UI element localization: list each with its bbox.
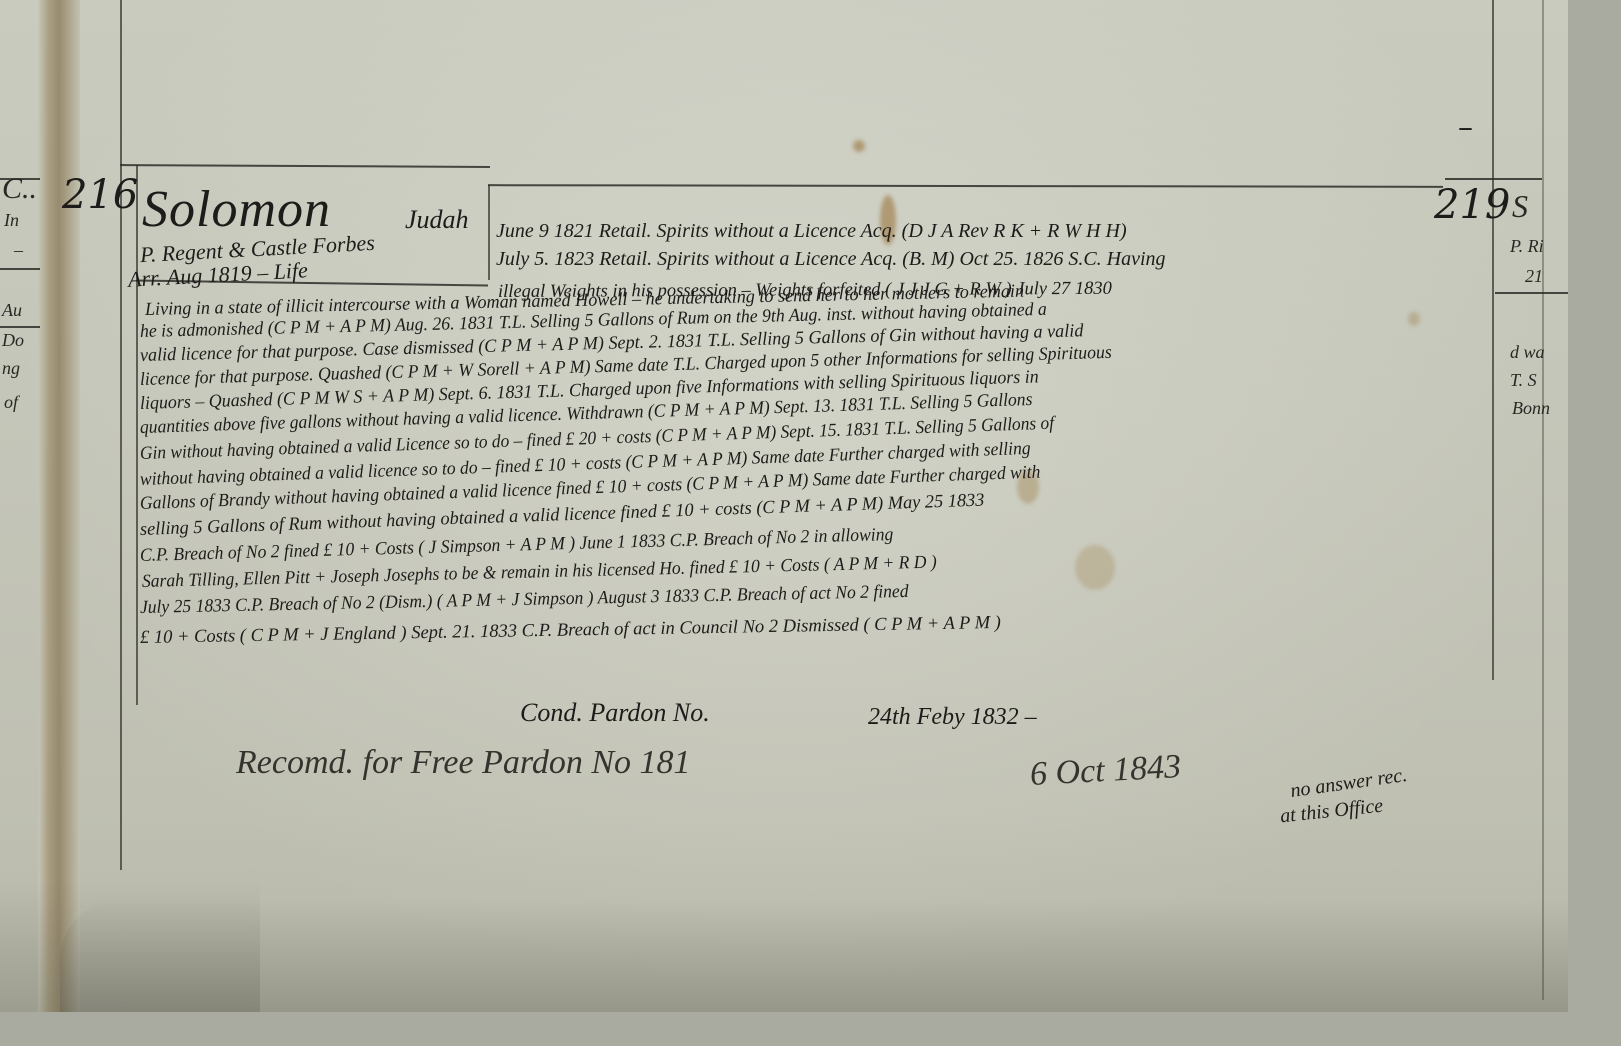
margin-right-fragment: 21 [1525, 266, 1543, 287]
rule-top-right [1445, 178, 1542, 180]
corner-shadow [0, 880, 260, 1012]
free-pardon-date: 6 Oct 1843 [1029, 748, 1182, 794]
margin-left-fragment: of [4, 392, 18, 413]
offence-line: July 5. 1823 Retail. Spirits without a L… [496, 248, 1166, 271]
ink-stain [1408, 312, 1420, 326]
margin-right-fragment: P. Ri [1510, 236, 1544, 257]
book-binding-gutter [38, 0, 80, 1012]
offence-line: June 9 1821 Retail. Spirits without a Li… [496, 220, 1127, 243]
margin-right-fragment: d wa [1510, 342, 1545, 363]
record-number-left: 216 [62, 172, 138, 218]
rule-vertical-left [120, 0, 122, 870]
margin-left-fragment: ng [2, 358, 20, 379]
ink-stain [1075, 545, 1115, 590]
convict-given-name: Judah [405, 205, 469, 235]
margin-left-fragment: Au [2, 300, 22, 321]
free-pardon-recommendation: Recomd. for Free Pardon No 181 [236, 744, 691, 782]
conditional-pardon-date: 24th Feby 1832 – [868, 704, 1037, 731]
rule-right-col [1495, 292, 1568, 294]
margin-right-fragment: S [1512, 188, 1528, 225]
rule-vertical-far-right [1542, 0, 1544, 1000]
rule-left-margin-b [0, 268, 40, 270]
margin-left-fragment: Do [2, 330, 24, 351]
rule-vertical-offences-col [488, 185, 490, 280]
rule-top-offences [488, 184, 1443, 187]
ledger-page: – C.. In – Au Do ng of S P. Ri 21 d wa T… [0, 0, 1568, 1012]
conditional-pardon-label: Cond. Pardon No. [520, 698, 710, 728]
rule-vertical-name-col [136, 165, 138, 705]
margin-right-fragment: Bonn [1512, 398, 1550, 419]
margin-left-fragment: – [14, 240, 23, 261]
margin-left-fragment: In [4, 210, 19, 231]
page-fold-shadow [60, 900, 1568, 1012]
top-right-mark: – [1458, 110, 1473, 145]
record-number-right: 219 [1434, 182, 1510, 228]
margin-right-fragment: T. S [1510, 370, 1537, 391]
offence-line: £ 10 + Costs ( C P M + J England ) Sept.… [140, 613, 1001, 649]
ink-stain [853, 140, 865, 152]
rule-top-left [120, 164, 490, 167]
rule-left-margin-c [0, 326, 40, 328]
rule-vertical-right [1492, 0, 1494, 680]
margin-left-fragment: C.. [2, 172, 37, 206]
convict-surname: Solomon [142, 180, 331, 239]
